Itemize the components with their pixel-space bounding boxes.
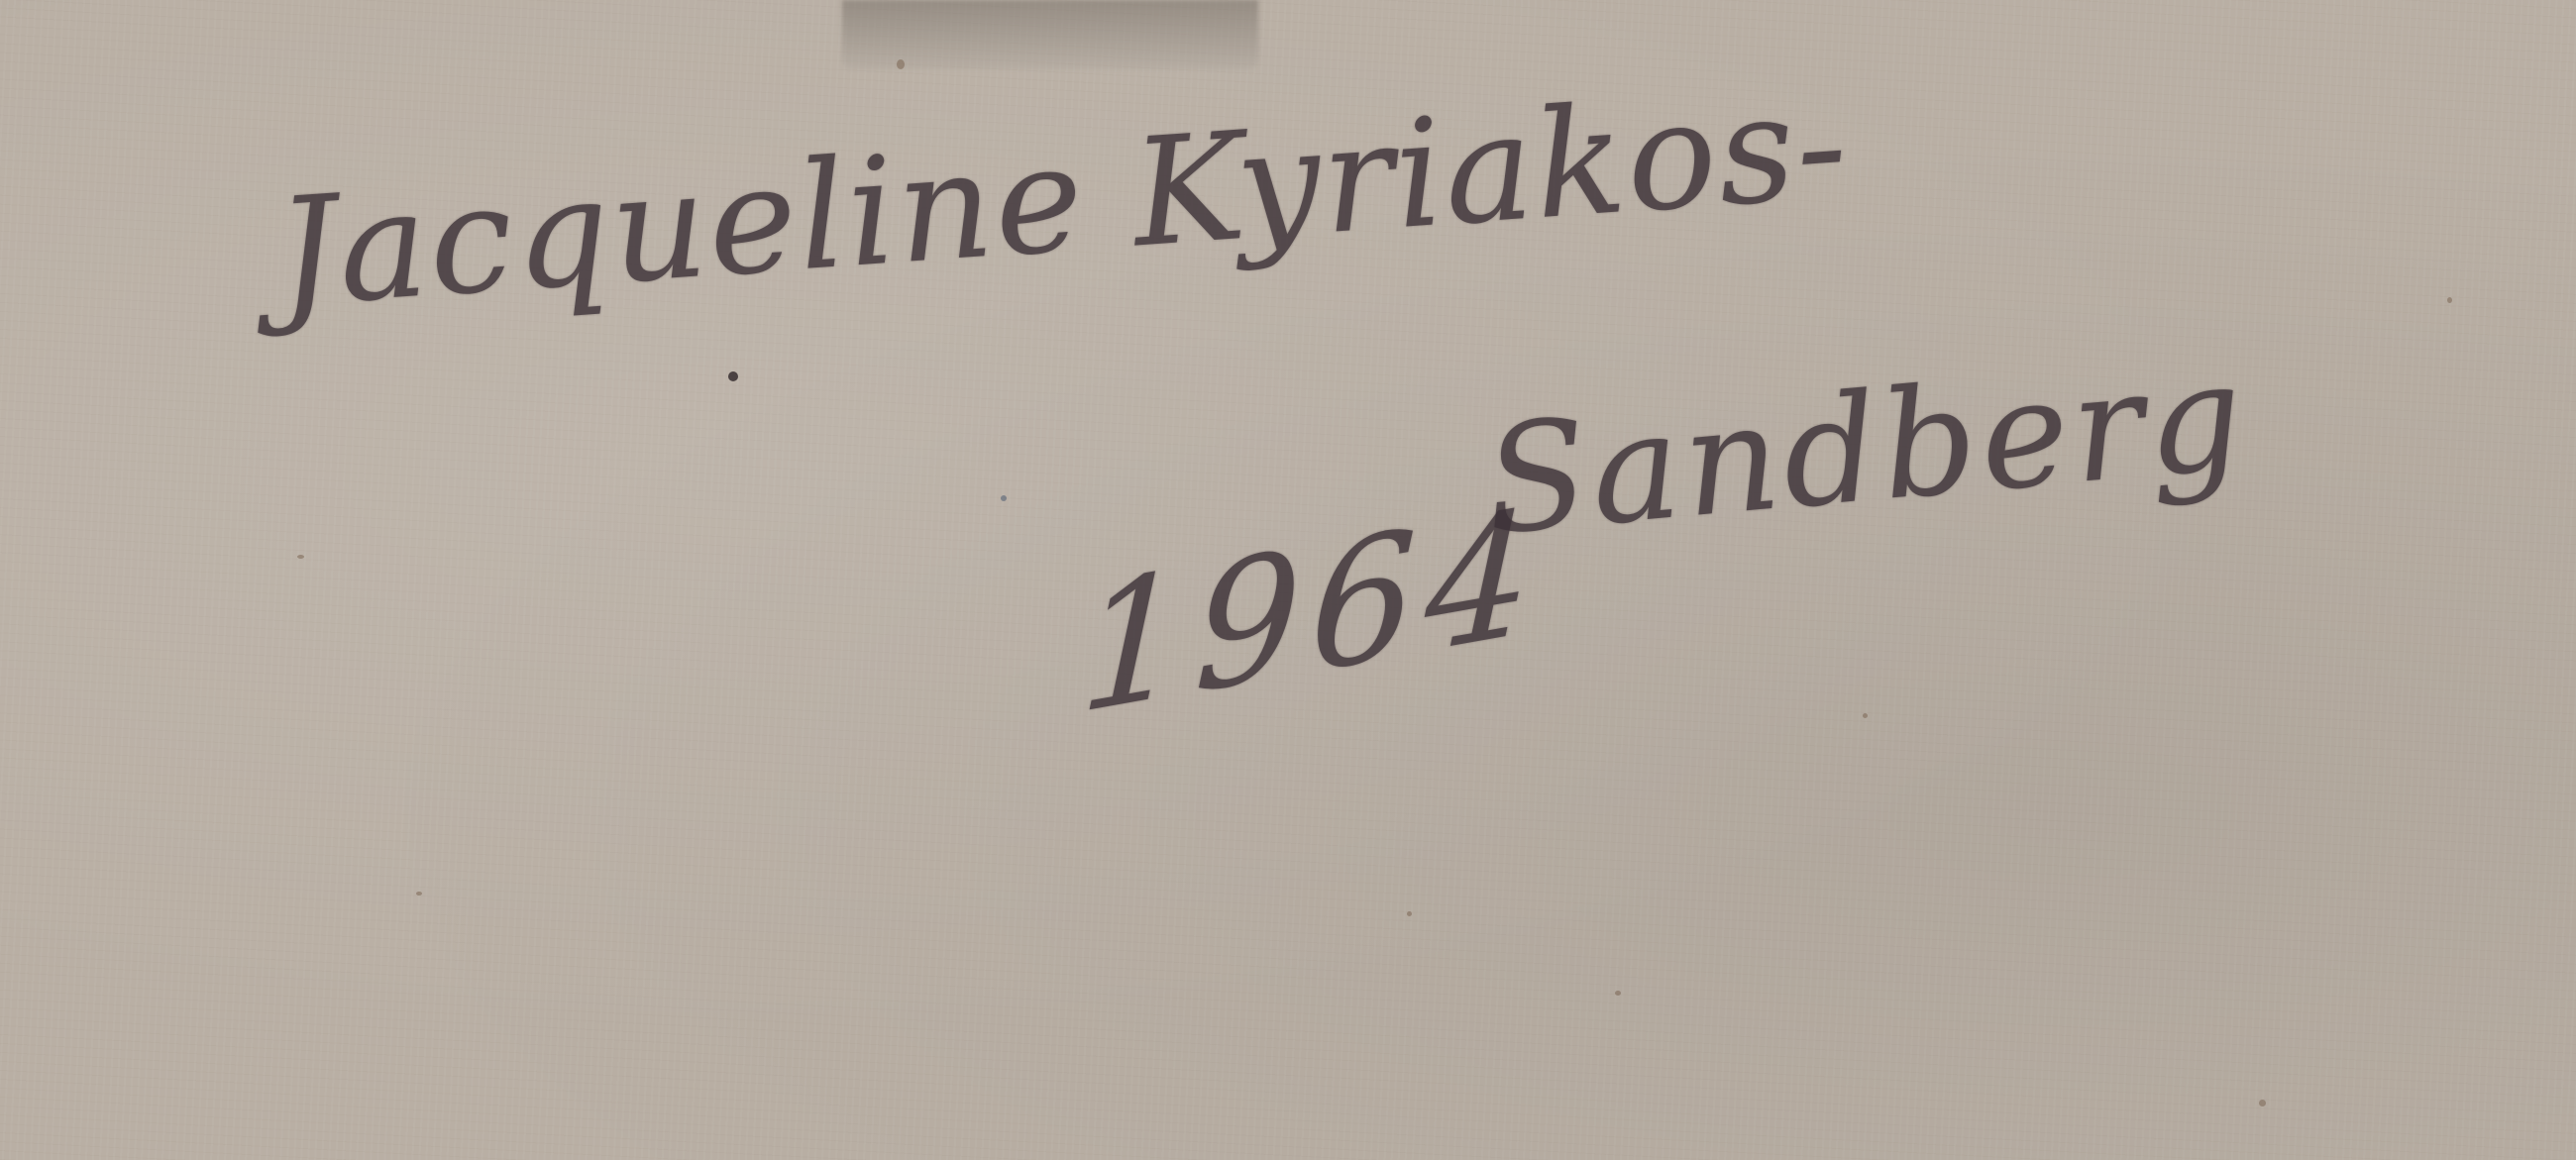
paper-fleck [1001,495,1007,501]
paper-fleck [1407,911,1412,916]
paper-fleck [2447,297,2452,303]
tape-residue [842,0,1258,69]
cardboard-backing: Jacqueline Kyriakos- Sandberg 1964 [0,0,2576,1160]
paper-fleck [2259,1100,2266,1107]
paper-fleck [897,59,905,69]
inscription-name-line: Jacqueline Kyriakos- [271,58,1854,340]
paper-fleck [297,555,304,559]
inscription-surname-line: Sandberg [1478,330,2253,568]
paper-fleck [416,892,422,896]
paper-fleck [1615,991,1621,996]
paper-fleck [1863,713,1868,718]
inscription-year: 1964 [1076,472,1545,753]
paper-fleck [728,371,738,381]
